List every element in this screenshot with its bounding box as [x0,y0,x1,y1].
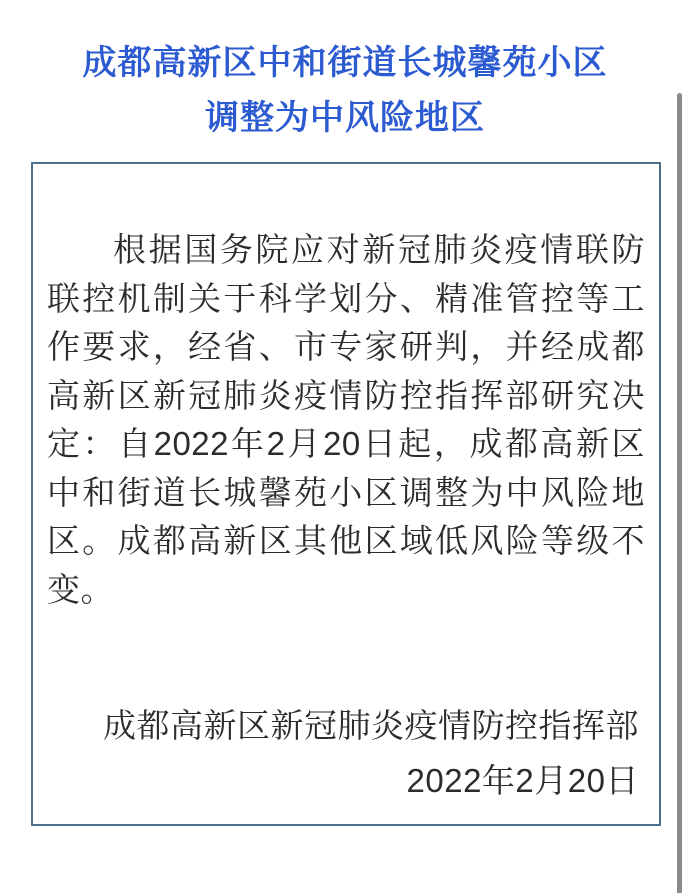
notice-body-paragraph: 根据国务院应对新冠肺炎疫情联防联控机制关于科学划分、精准管控等工作要求，经省、市… [33,164,659,614]
signature-block: 成都高新区新冠肺炎疫情防控指挥部 2022年2月20日 [33,698,659,808]
notice-box: 根据国务院应对新冠肺炎疫情联防联控机制关于科学划分、精准管控等工作要求，经省、市… [31,162,661,826]
scrollbar-thumb[interactable] [677,93,682,893]
signature-line: 成都高新区新冠肺炎疫情防控指挥部 [33,698,639,753]
page-title-line-2: 调整为中风险地区 [0,91,690,146]
page-title-line-1: 成都高新区中和街道长城馨苑小区 [0,36,690,91]
date-line: 2022年2月20日 [33,753,639,808]
page-title: 成都高新区中和街道长城馨苑小区 调整为中风险地区 [0,0,690,146]
announcement-page: { "title": { "line1": "成都高新区中和街道长城馨苑小区",… [0,0,690,893]
